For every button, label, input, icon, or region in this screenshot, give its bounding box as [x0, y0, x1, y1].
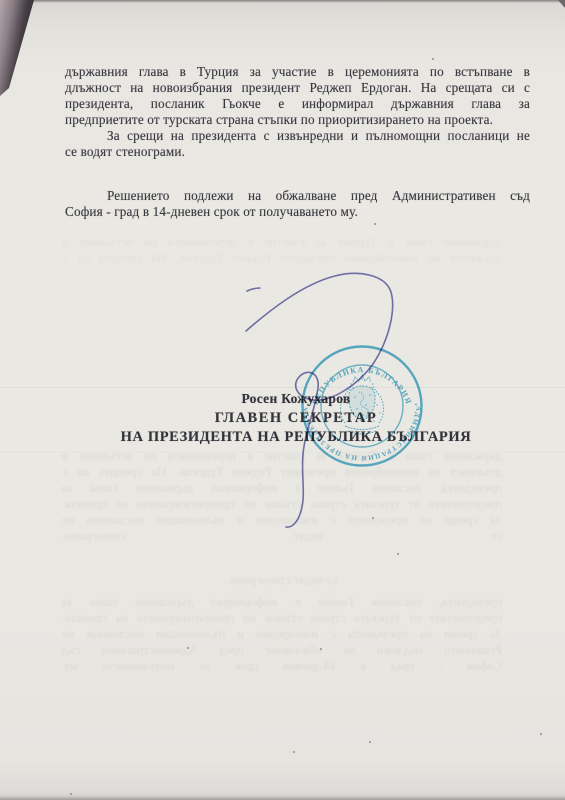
body-line: държавния глава в Турция за участие в це…: [65, 64, 530, 80]
scan-top-edge-shadow: [0, 0, 565, 3]
dust-speck: [320, 648, 322, 650]
body-line: се водят стенограми.: [65, 144, 530, 160]
scan-bottom-edge-shadow: [0, 796, 565, 800]
dust-speck: [70, 793, 72, 795]
body-line: Решението подлежи на обжалване пред Адми…: [65, 188, 530, 204]
scanned-document-page: държавния глава в Турция за участие в це…: [0, 0, 565, 800]
bleed-through-text: се водят стенограми.: [62, 572, 502, 588]
dust-speck: [372, 517, 374, 519]
scanner-background-corner: [0, 0, 40, 100]
body-line: За срещи на президента с извънредни и пъ…: [65, 128, 530, 144]
dust-speck: [369, 741, 371, 743]
signature-dash: [247, 288, 260, 291]
dust-speck: [187, 647, 189, 649]
body-line: длъжност на новоизбрания президент Редже…: [65, 80, 530, 96]
dust-speck: [374, 223, 376, 225]
document-body-text: държавния глава в Турция за участие в це…: [65, 64, 530, 220]
dust-speck: [397, 553, 399, 555]
dust-speck: [293, 751, 295, 753]
body-line: президента, посланик Гьокче е информирал…: [65, 96, 530, 112]
body-line: предприетите от турската страна стъпки п…: [65, 112, 530, 128]
signature-ink: [225, 262, 425, 537]
body-line: София - град в 14-дневен срок от получав…: [65, 204, 530, 220]
bleed-through-text: президента, посланик Гьокче е информирал…: [62, 594, 502, 674]
dust-speck: [540, 733, 542, 735]
dust-speck: [432, 58, 434, 60]
signature-stroke: [246, 273, 393, 527]
